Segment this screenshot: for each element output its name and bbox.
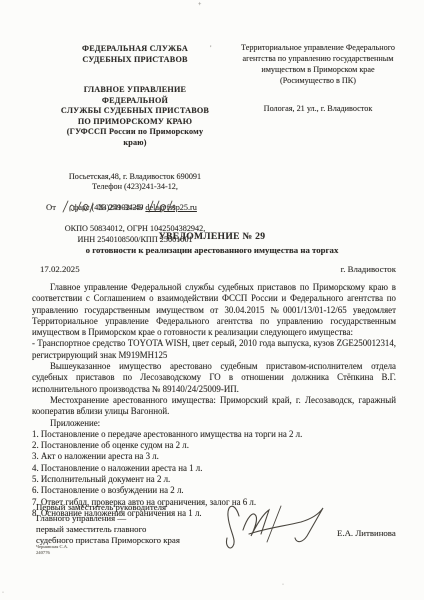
scanned-document-page: ФЕДЕРАЛЬНАЯ СЛУЖБА СУДЕБНЫХ ПРИСТАВОВ ГЛ… [0,0,424,600]
signer-position: Первый заместитель руководителя Главного… [36,502,216,546]
recipient-block: Территориальное управление Федерального … [226,42,410,114]
scan-artifact: · [282,582,284,588]
scan-artifact: , [210,42,212,48]
body-paragraph-location: Местохранение арестованного имущества: П… [32,395,396,418]
document-city: г. Владивосток [341,264,396,274]
body-paragraph-arrest: Вышеуказанное имущество арестовано судеб… [32,361,396,395]
handwritten-number [147,199,177,215]
attachments-heading: Приложение: [32,418,396,429]
executor-note: Чернявская С.А. 240776 [36,544,68,555]
document-title-number: УВЕДОМЛЕНИЕ № 29 [0,231,424,242]
recipient-name: Территориальное управление Федерального … [226,42,410,86]
sender-agency-name: ФЕДЕРАЛЬНАЯ СЛУЖБА СУДЕБНЫХ ПРИСТАВОВ [36,44,234,65]
attachment-item: 3. Акт о наложении ареста на 3 л. [32,451,396,462]
document-body: Главное управление Федеральной службы су… [32,282,396,519]
attachment-item: 4. Постановление о наложении ареста на 1… [32,463,396,474]
attachment-item: 2. Постановление об оценке судом на 2 л. [32,440,396,451]
signer-name: Е.А. Литвинова [337,528,396,538]
attachment-item: 6. Постановление о возбуждении на 2 л. [32,485,396,496]
scan-artifact: + [198,2,201,8]
sender-department-name: ГЛАВНОЕ УПРАВЛЕНИЕ ФЕДЕРАЛЬНОЙ СЛУЖБЫ СУ… [36,85,234,148]
reference-number-label: № 25902/25/ [98,202,143,212]
document-date: 17.02.2025 [40,264,80,274]
document-title-subject: о готовности к реализации арестованного … [0,245,424,255]
scan-artifact: · [2,590,4,596]
body-paragraph: Главное управление Федеральной службы су… [32,282,396,338]
recipient-address: Пологая, 21 ул., г. Владивосток [226,103,410,114]
attachment-item: 5. Исполнительный документ на 2 л. [32,474,396,485]
attachment-item: 1. Постановление о передаче арестованног… [32,429,396,440]
document-title: УВЕДОМЛЕНИЕ № 29 о готовности к реализац… [0,231,424,255]
reference-line: От № 25902/25/ [46,197,236,217]
date-line: 17.02.2025 г. Владивосток [40,264,396,274]
sender-block: ФЕДЕРАЛЬНАЯ СЛУЖБА СУДЕБНЫХ ПРИСТАВОВ ГЛ… [36,44,234,256]
sender-address: Посьетская,48, г. Владивосток 690091 Тел… [36,172,234,193]
handwritten-date [60,199,94,215]
body-paragraph-vehicle: - Транспортное средство TOYOTA WISH, цве… [32,338,396,361]
reference-from-label: От [46,202,56,212]
signature-handwriting-icon [223,490,335,562]
